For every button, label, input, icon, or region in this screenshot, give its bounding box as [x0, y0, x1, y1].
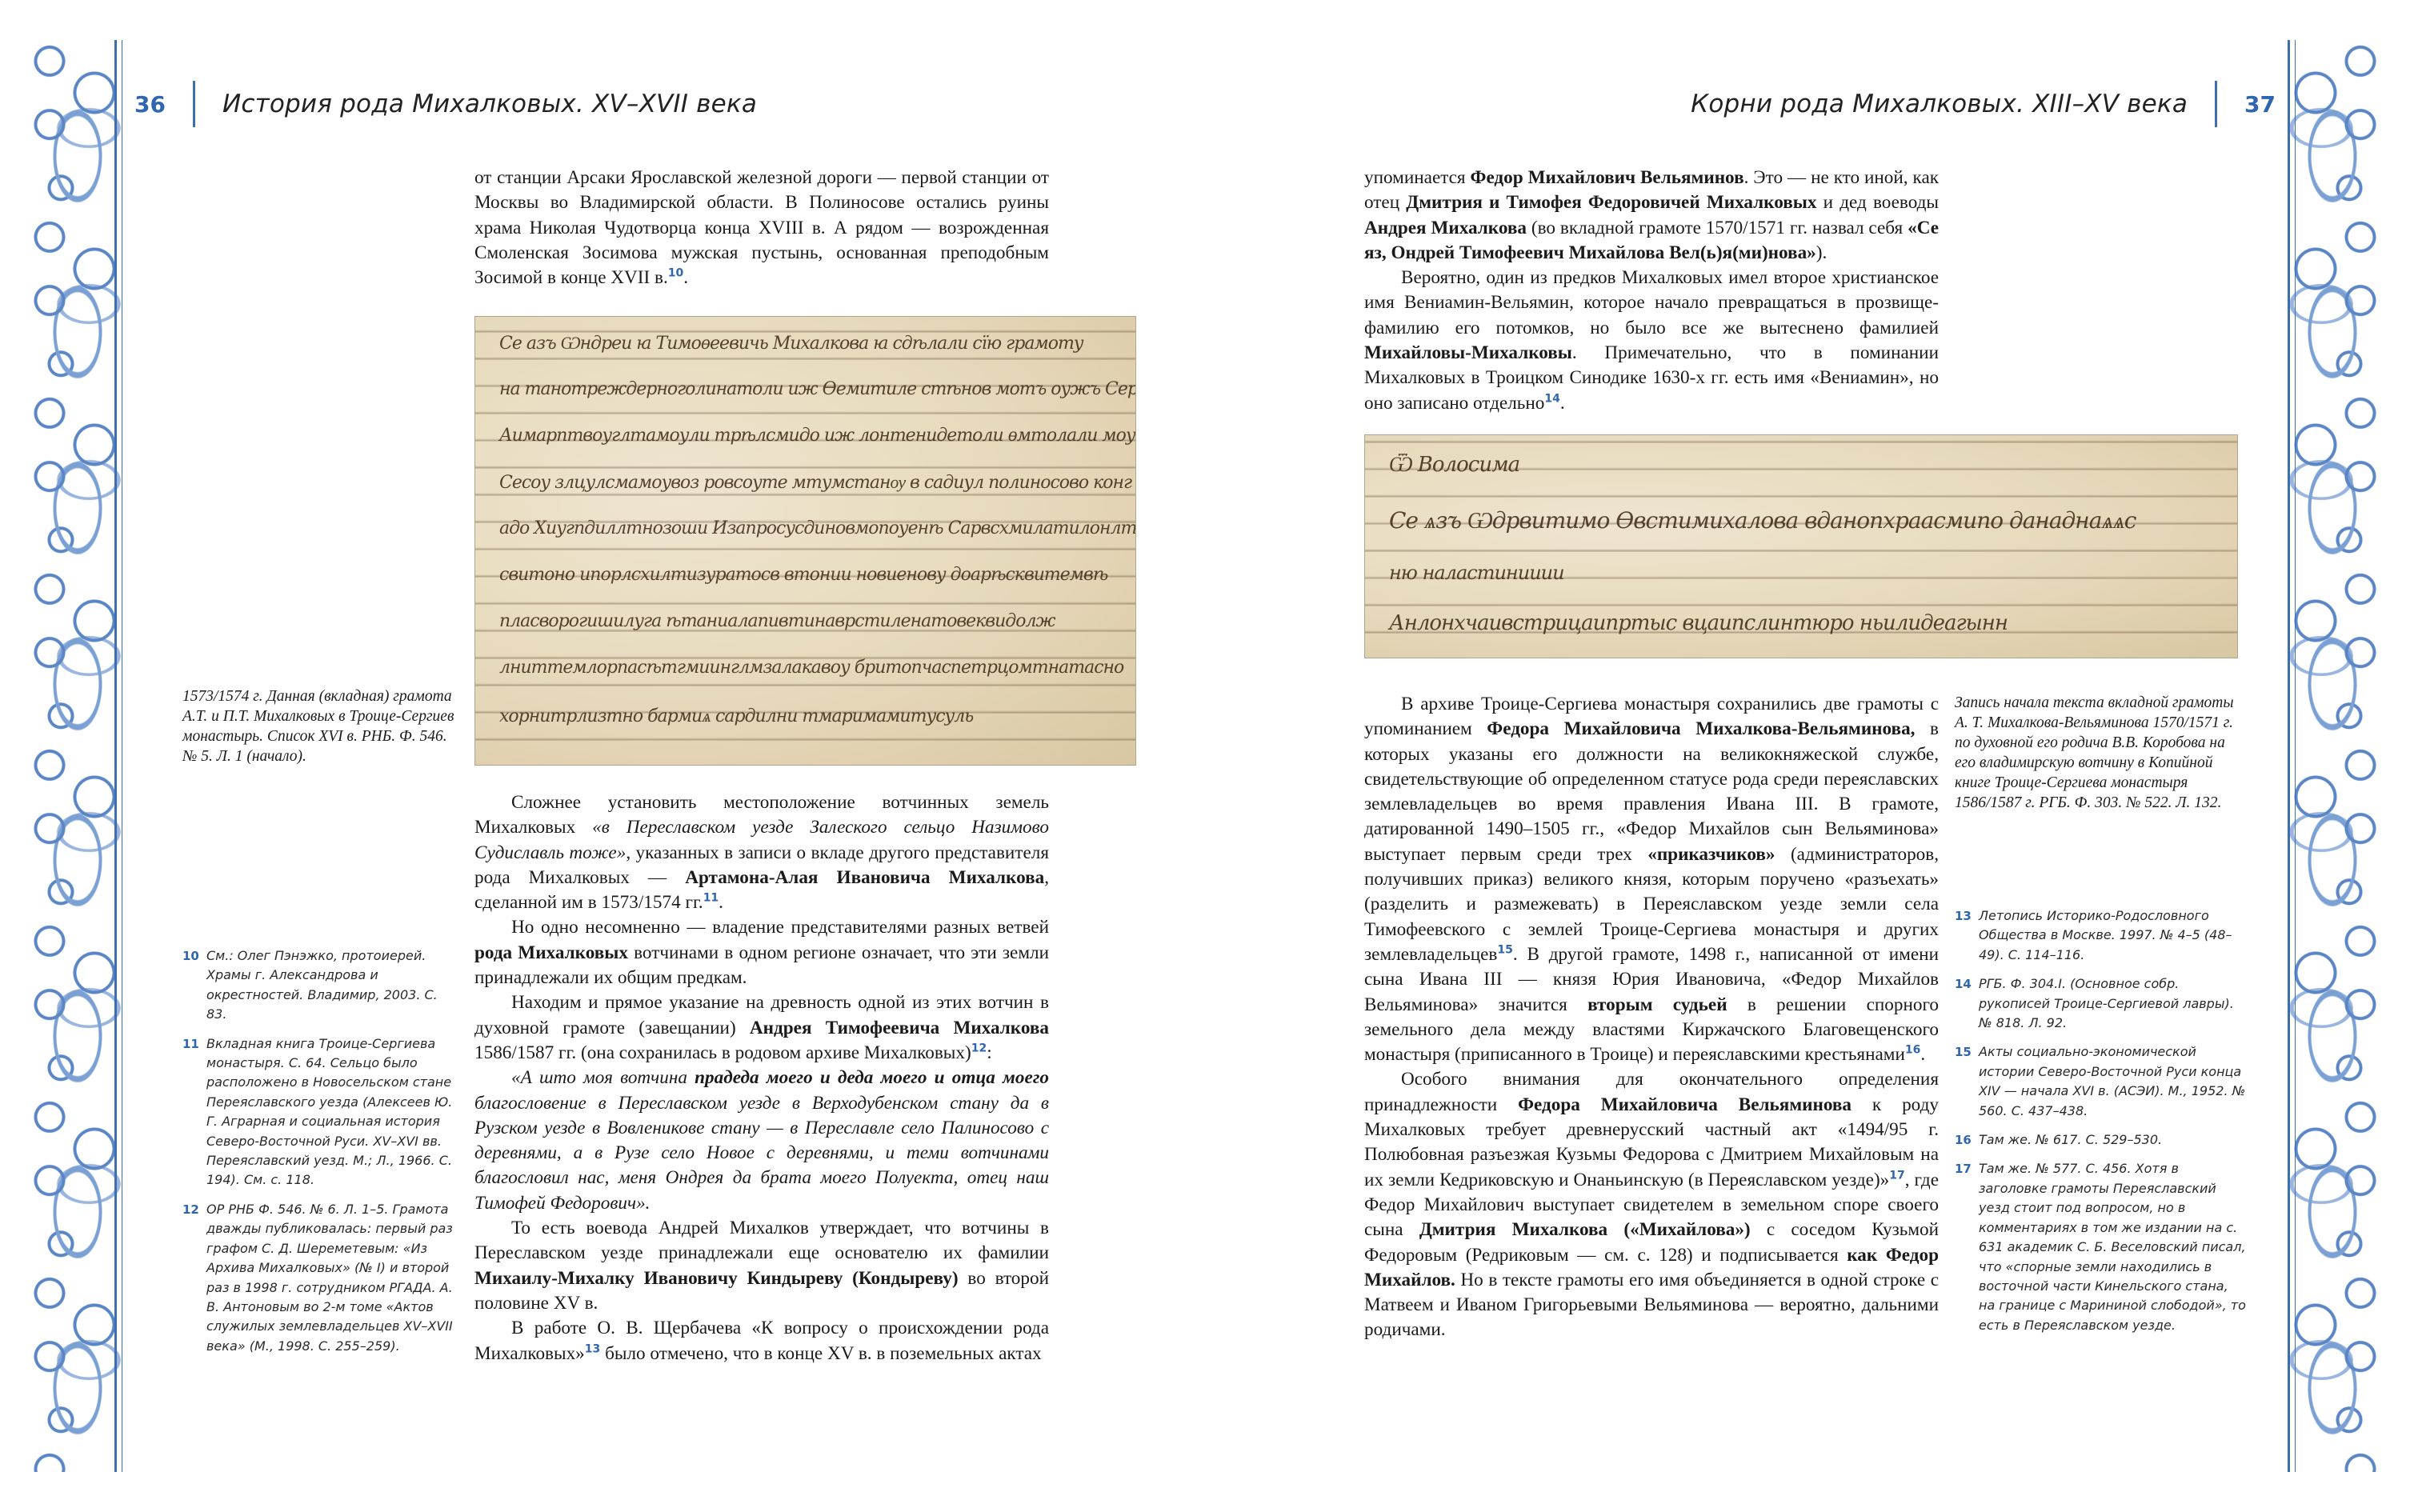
footnote: 14 РГБ. Ф. 304.I. (Основное собр. рукопи…	[1955, 974, 2247, 1033]
manuscript-image-1573: Се азъ Ѡндреи ꙗ Тимоѳеевичь Михалкова ꙗ …	[474, 316, 1136, 766]
footnote: 11 Вкладная книга Троице-Сергиева монаст…	[182, 1034, 458, 1190]
footnote-text: Там же. № 577. С. 456. Хотя в заголовке …	[1979, 1159, 2247, 1335]
header-divider	[193, 81, 195, 127]
left-frame-line	[114, 40, 122, 1472]
manuscript-line: Анлонхчаивстрицаипртыс вцаипслинтюро ньи…	[1389, 611, 2221, 635]
manuscript-line: пласворогишилуга ѣтаниалапивтинаврстилен…	[499, 611, 1119, 631]
paragraph: Особого внимания для окончательного опре…	[1364, 1067, 1939, 1342]
footnote: 13 Летопись Историко-Родословного Общест…	[1955, 906, 2247, 965]
footnote: 15 Акты социально-экономической истории …	[1955, 1042, 2247, 1121]
manuscript-line: адо Хиугпдиллтнозоши Изапросусдиновмопоу…	[499, 518, 1119, 538]
footnote-number: 15	[1955, 1042, 1979, 1121]
right-running-head: Корни рода Михалковых. XIII–XV века 37	[1691, 80, 2276, 128]
manuscript-line: на танотреждерноголинатоли иж Ѳемитиле с…	[499, 379, 1119, 399]
figure-caption-left: 1573/1574 г. Данная (вкладная) грамота А…	[182, 686, 462, 766]
footnote-ref[interactable]: 15	[1497, 943, 1512, 956]
left-ornamental-border	[16, 40, 128, 1472]
left-footnotes: 10 См.: Олег Пэнэжко, протоиерей. Храмы …	[182, 946, 458, 1366]
footnote-ref[interactable]: 16	[1905, 1043, 1920, 1056]
footnote-text: Летопись Историко-Родословного Общества …	[1979, 906, 2247, 965]
footnote-ref[interactable]: 11	[703, 891, 719, 904]
footnote-text: Акты социально-экономической истории Сев…	[1979, 1042, 2247, 1121]
paragraph: В работе О. В. Щербачева «К вопросу о пр…	[474, 1316, 1049, 1366]
footnote: 16 Там же. № 617. С. 529–530.	[1955, 1130, 2247, 1150]
manuscript-line: Се азъ Ѡндреи ꙗ Тимоѳеевичь Михалкова ꙗ …	[499, 333, 1119, 354]
right-frame-line	[2288, 40, 2296, 1472]
manuscript-line: свитоно ипорлсхилтизуратосв втонии новие…	[499, 565, 1119, 585]
paragraph: Но одно несомненно — владение представит…	[474, 915, 1049, 990]
paragraph: Находим и прямое указание на древность о…	[474, 990, 1049, 1066]
page-number: 37	[2244, 91, 2276, 118]
right-ornamental-border	[2282, 40, 2394, 1472]
footnote-text: Там же. № 617. С. 529–530.	[1979, 1130, 2247, 1150]
paragraph: Вероятно, один из предков Михалковых име…	[1364, 266, 1939, 416]
figure-caption-right: Запись начала текста вкладной грамоты А.…	[1955, 693, 2239, 813]
paragraph: Сложнее установить местоположение вотчин…	[474, 790, 1049, 915]
footnote-number: 12	[182, 1200, 206, 1356]
manuscript-image-1570: Ѿ Волосима Се ѧзъ Ѡдрвитимо Ѳвстимихалов…	[1364, 434, 2238, 658]
left-column-top: от станции Арсаки Ярославской железной д…	[474, 166, 1049, 290]
manuscript-line: хорнитрлизтно бармиѧ сардилни тмаримамит…	[499, 706, 1119, 726]
right-column-body: В архиве Троице-Сергиева монастыря сохра…	[1364, 692, 1939, 1343]
footnote-ref[interactable]: 13	[585, 1342, 600, 1355]
footnote-ref[interactable]: 17	[1889, 1169, 1904, 1182]
footnote-number: 17	[1955, 1159, 1979, 1335]
running-title: Корни рода Михалковых. XIII–XV века	[1691, 90, 2188, 118]
manuscript-line: лниттемлорпасѣтгмиинглмзалакавоу бритопч…	[499, 658, 1119, 678]
footnote: 17 Там же. № 577. С. 456. Хотя в заголов…	[1955, 1159, 2247, 1335]
footnote-ref[interactable]: 10	[668, 266, 683, 279]
footnote-number: 13	[1955, 906, 1979, 965]
manuscript-line: Сесоу злцулсмамоувоз ровсоуте мтумстанѹ …	[499, 472, 1119, 493]
manuscript-line: Ѿ Волосима	[1389, 453, 2221, 477]
paragraph: от станции Арсаки Ярославской железной д…	[474, 166, 1049, 290]
running-title: История рода Михалковых. XV–XVII века	[222, 90, 757, 118]
quote-paragraph: «А што моя вотчина прадеда моего и деда …	[474, 1066, 1049, 1216]
footnote: 10 См.: Олег Пэнэжко, протоиерей. Храмы …	[182, 946, 458, 1025]
footnote-text: Вкладная книга Троице-Сергиева монастыря…	[206, 1034, 458, 1190]
footnote-number: 10	[182, 946, 206, 1025]
left-column-body: Сложнее установить местоположение вотчин…	[474, 790, 1049, 1366]
paragraph: То есть воевода Андрей Михалков утвержда…	[474, 1216, 1049, 1316]
footnote-text: См.: Олег Пэнэжко, протоиерей. Храмы г. …	[206, 946, 458, 1025]
footnote-ref[interactable]: 12	[971, 1042, 987, 1054]
footnote: 12 ОР РНБ Ф. 546. № 6. Л. 1–5. Грамота д…	[182, 1200, 458, 1356]
manuscript-line: Аимарптвоуглтамоули трѣлсмидо иж лонтени…	[499, 426, 1119, 446]
paragraph: упоминается Федор Михайлович Вельяминов.…	[1364, 166, 1939, 266]
footnote-text: РГБ. Ф. 304.I. (Основное собр. рукописей…	[1979, 974, 2247, 1033]
right-column-top: упоминается Федор Михайлович Вельяминов.…	[1364, 166, 1939, 416]
left-running-head: 36 История рода Михалковых. XV–XVII века	[134, 80, 757, 128]
footnote-number: 11	[182, 1034, 206, 1190]
page-number: 36	[134, 91, 166, 118]
footnote-text: ОР РНБ Ф. 546. № 6. Л. 1–5. Грамота дваж…	[206, 1200, 458, 1356]
footnote-number: 16	[1955, 1130, 1979, 1150]
footnote-number: 14	[1955, 974, 1979, 1033]
manuscript-line: ню наластинииии	[1389, 562, 2221, 584]
right-footnotes: 13 Летопись Историко-Родословного Общест…	[1955, 906, 2247, 1345]
paragraph: В архиве Троице-Сергиева монастыря сохра…	[1364, 692, 1939, 1067]
manuscript-line: Се ѧзъ Ѡдрвитимо Ѳвстимихалова вданопхра…	[1389, 507, 2221, 534]
header-divider	[2215, 81, 2217, 127]
footnote-ref[interactable]: 14	[1544, 392, 1559, 405]
